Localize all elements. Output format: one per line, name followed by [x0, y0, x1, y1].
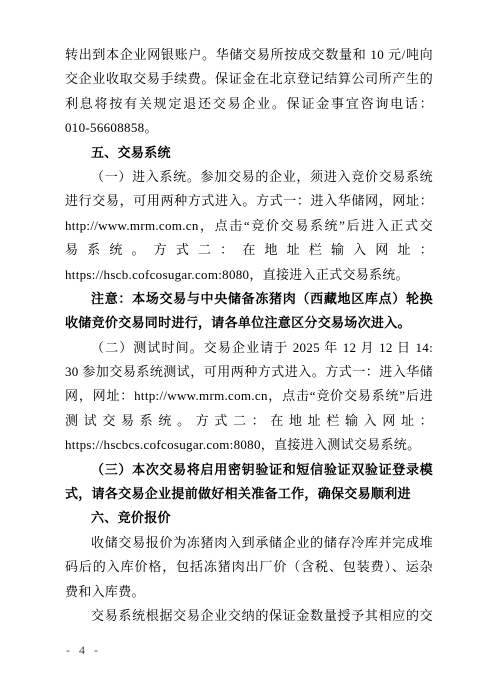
text-line: （三）本次交易将启用密钥验证和短信验证双验证登录模 [65, 458, 433, 482]
text-line: 测试交易系统。方式二：在地址栏输入网址： [65, 409, 433, 433]
text-line: 交企业收取交易手续费。保证金在北京登记结算公司所产生的 [65, 67, 433, 91]
text-line: 易系统。方式二：在地址栏输入网址： [65, 238, 433, 262]
text-line: 转出到本企业网银账户。华储交易所按成交数量和 10 元/吨向成 [65, 43, 433, 67]
page-number: - 4 - [66, 643, 101, 658]
text-line: 进行交易，可用两种方式进入。方式一：进入华储网，网址： [65, 189, 433, 213]
document-body: 转出到本企业网银账户。华储交易所按成交数量和 10 元/吨向成交企业收取交易手续… [65, 43, 433, 628]
text-line: 码后的入库价格，包括冻猪肉出厂价（含税、包装费）、运杂 [65, 555, 433, 579]
text-line: 010-56608858。 [65, 116, 433, 140]
text-line: 注意：本场交易与中央储备冻猪肉（西藏地区库点）轮换 [65, 287, 433, 311]
text-line: 收储竞价交易同时进行，请各单位注意区分交易场次进入。 [65, 311, 433, 335]
text-line: 五、交易系统 [65, 141, 433, 165]
text-line: https://hscbcs.cofcosugar.com:8080，直接进入测… [65, 433, 433, 457]
text-line: （二）测试时间。交易企业请于 2025 年 12 月 12 日 14: 30-1… [65, 336, 433, 360]
text-line: 费和入库费。 [65, 580, 433, 604]
text-line: 收储交易报价为冻猪肉入到承储企业的储存冷库并完成堆 [65, 531, 433, 555]
text-line: 六、竞价报价 [65, 506, 433, 530]
text-line: （一）进入系统。参加交易的企业，须进入竞价交易系统 [65, 165, 433, 189]
text-line: 网，网址：http://www.mrm.com.cn，点击“竞价交易系统”后进入 [65, 384, 433, 408]
text-line: 交易系统根据交易企业交纳的保证金数量授予其相应的交 [65, 604, 433, 628]
text-line: 利息将按有关规定退还交易企业。保证金事宜咨询电话： [65, 92, 433, 116]
text-line: 式，请各交易企业提前做好相关准备工作，确保交易顺利进行。 [65, 482, 433, 506]
text-line: 30 参加交易系统测试，可用两种方式进入。方式一：进入华储 [65, 360, 433, 384]
text-line: https://hscb.cofcosugar.com:8080，直接进入正式交… [65, 263, 433, 287]
document-page: 转出到本企业网银账户。华储交易所按成交数量和 10 元/吨向成交企业收取交易手续… [0, 0, 494, 700]
text-line: http://www.mrm.com.cn，点击“竞价交易系统”后进入正式交 [65, 214, 433, 238]
